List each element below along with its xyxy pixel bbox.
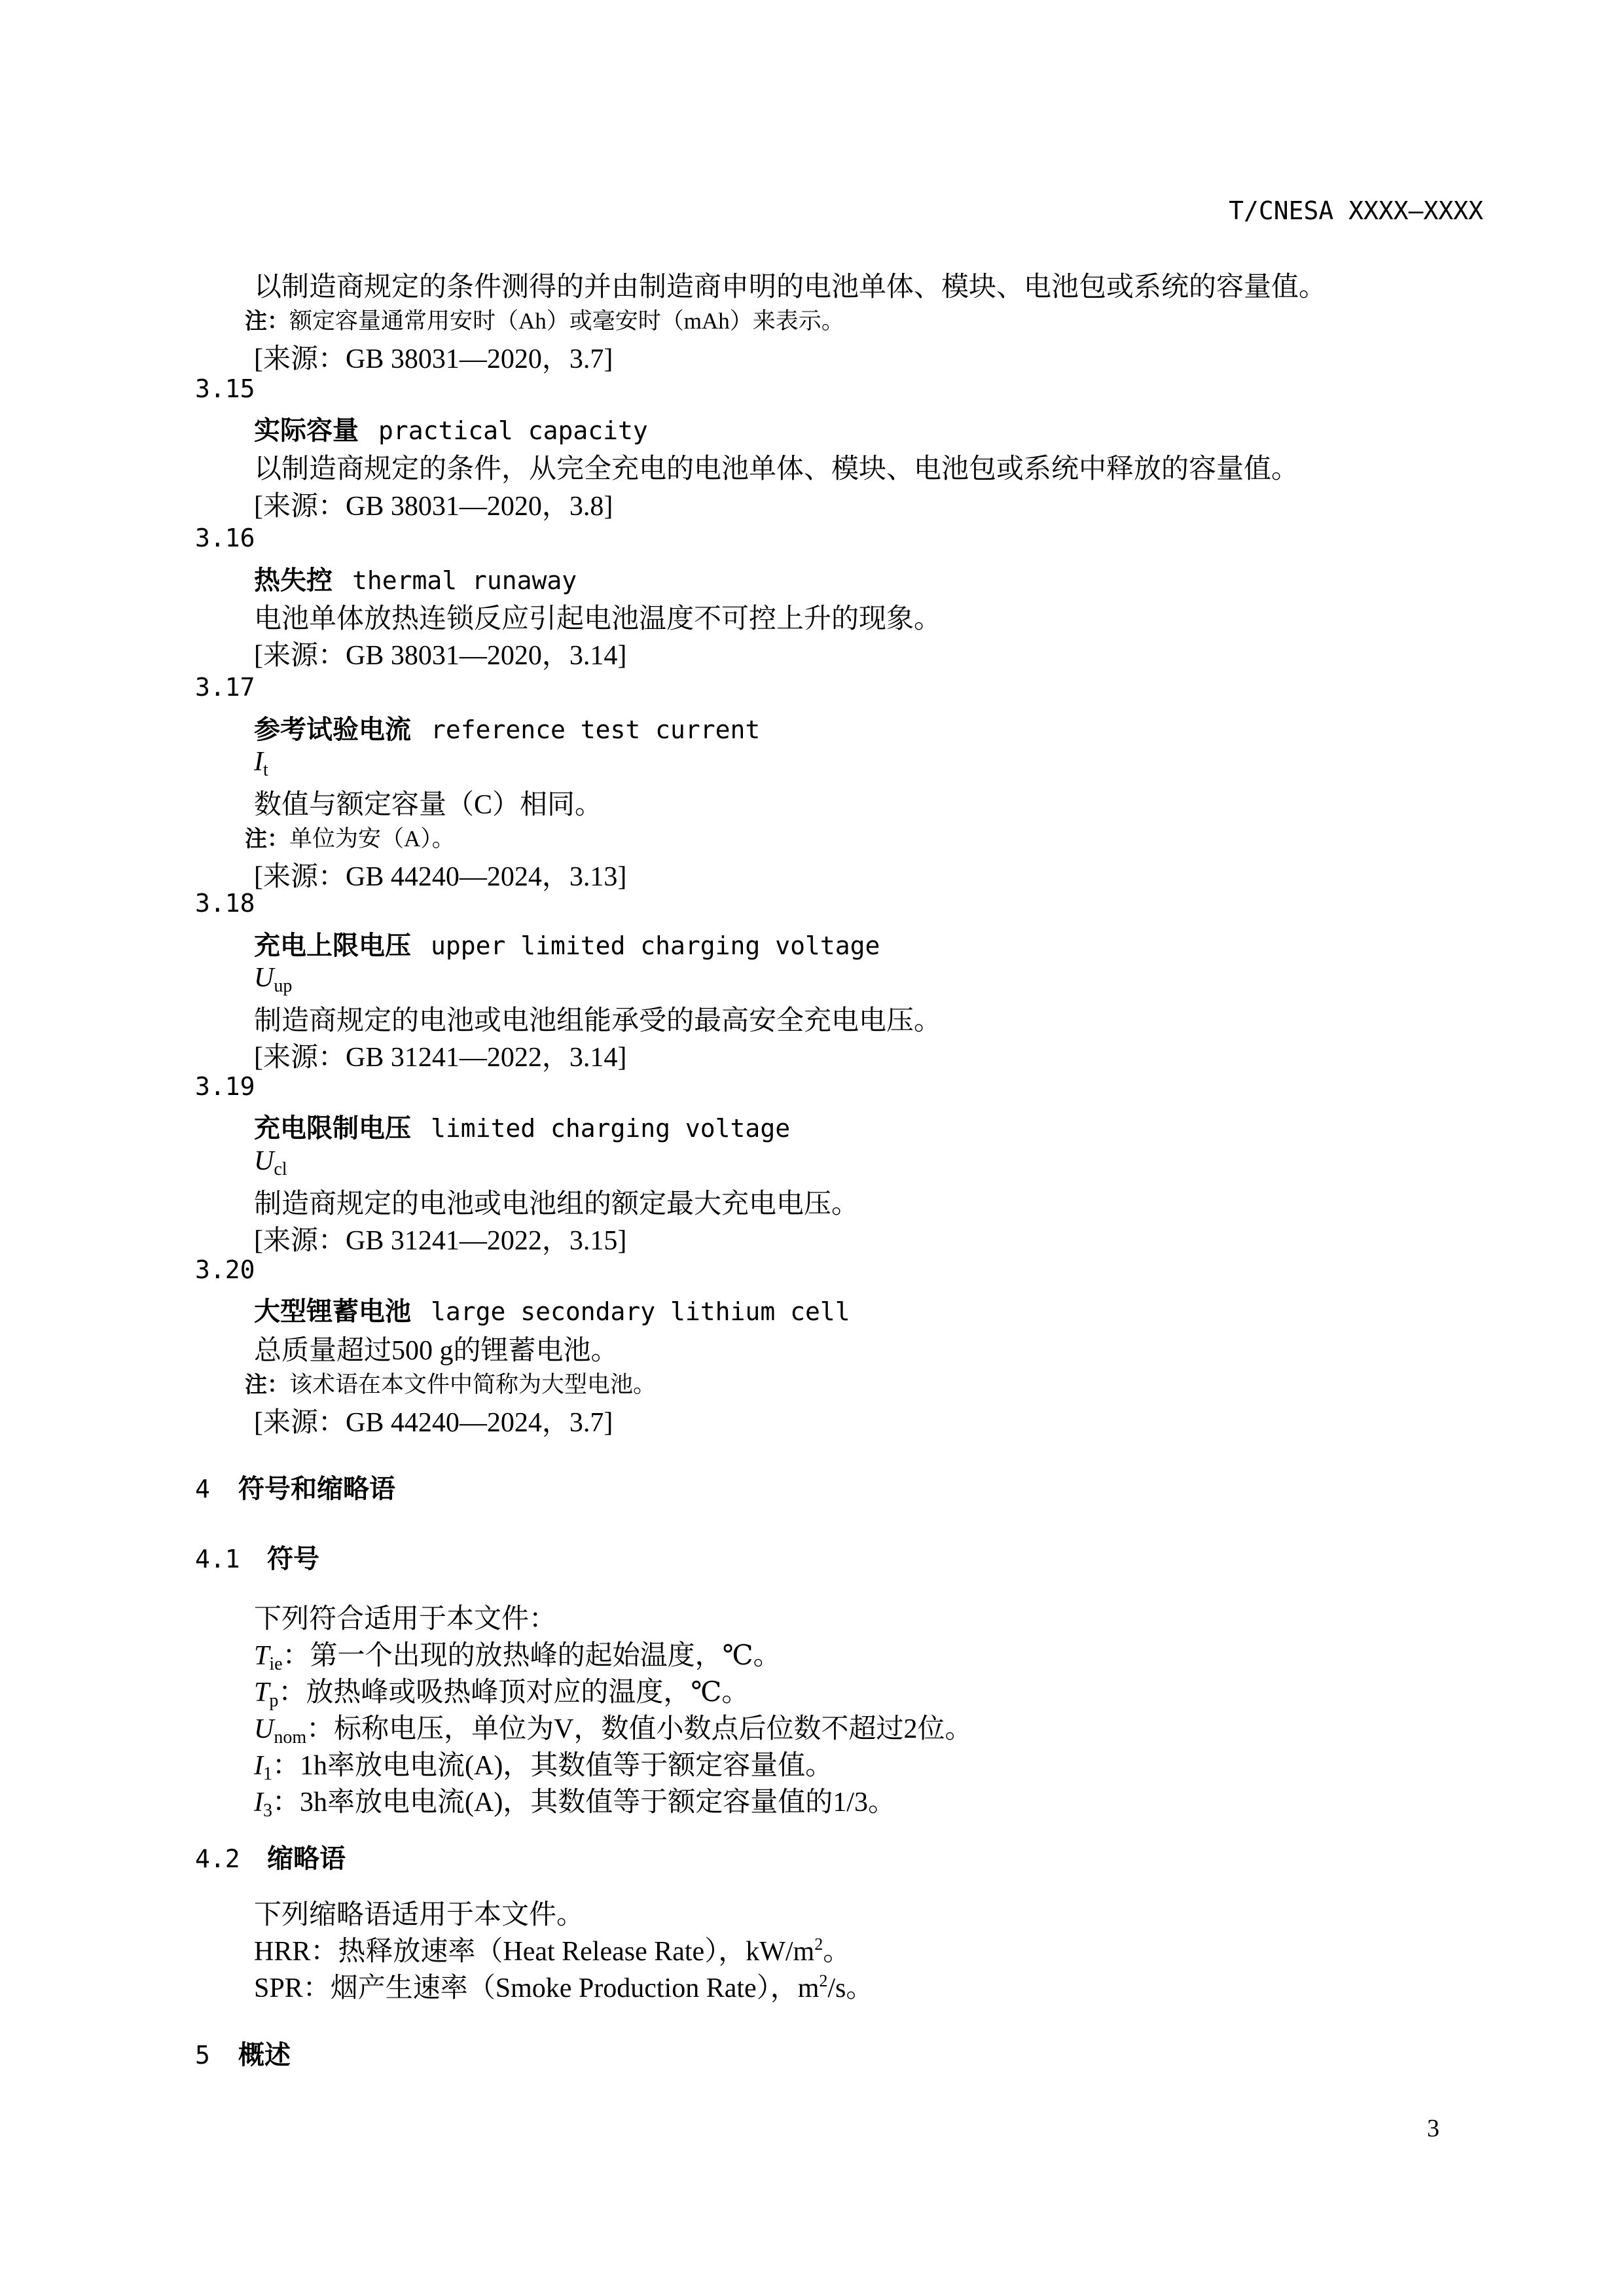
symbol-item: I1：1h率放电电流(A)，其数值等于额定容量值。 — [254, 1744, 833, 1785]
definition-text: 电池单体放热连锁反应引起电池温度不可控上升的现象。 — [254, 597, 941, 636]
document-id-header: T/CNESA XXXX—XXXX — [1229, 196, 1483, 225]
term-zh: 充电限制电压 — [254, 1113, 411, 1143]
source-citation: [来源：GB 38031—2020，3.8] — [254, 484, 613, 524]
subsection-title: 缩略语 — [267, 1844, 346, 1874]
symbol-letter: I — [254, 1751, 263, 1781]
document-page: T/CNESA XXXX—XXXX 以制造商规定的条件测得的并由制造商申明的电池… — [0, 0, 1624, 2296]
term-zh: 充电上限电压 — [254, 931, 411, 961]
symbol-item: Unom：标称电压，单位为V，数值小数点后位数不超过2位。 — [254, 1707, 972, 1748]
symbol-letter: I — [254, 1787, 263, 1818]
symbol-subscript: up — [274, 976, 292, 996]
subsection-number: 4.1 — [195, 1545, 267, 1573]
symbol-item: Tie：第一个出现的放热峰的起始温度，℃。 — [254, 1634, 781, 1675]
abbreviation-suffix: /s。 — [827, 1973, 873, 2003]
symbol-item: I3：3h率放电电流(A)，其数值等于额定容量值的1/3。 — [254, 1780, 895, 1821]
term-symbol: Ucl — [254, 1145, 287, 1180]
note-text: 单位为安（A）。 — [289, 826, 455, 852]
term-zh: 大型锂蓄电池 — [254, 1297, 411, 1327]
source-citation: [来源：GB 44240—2024，3.7] — [254, 1401, 613, 1440]
source-citation: [来源：GB 38031—2020，3.14] — [254, 634, 626, 673]
symbol-letter: T — [254, 1677, 269, 1708]
symbol-description: ：第一个出现的放热峰的起始温度，℃。 — [283, 1641, 781, 1671]
section-heading: 5概述 — [195, 2034, 291, 2072]
definition-text: 制造商规定的电池或电池组能承受的最高安全充电电压。 — [254, 999, 941, 1038]
definition-text: 以制造商规定的条件测得的并由制造商申明的电池单体、模块、电池包或系统的容量值。 — [254, 265, 1326, 304]
note: 注：该术语在本文件中简称为大型电池。 — [245, 1367, 656, 1399]
subsection-number: 4.2 — [195, 1844, 267, 1873]
list-intro: 下列符合适用于本文件： — [254, 1597, 556, 1636]
definition-text: 数值与额定容量（C）相同。 — [254, 783, 602, 822]
note-label: 注： — [245, 1372, 289, 1398]
page-number: 3 — [1427, 2114, 1439, 2143]
note-text: 额定容量通常用安时（Ah）或毫安时（mAh）来表示。 — [289, 308, 844, 334]
section-number: 4 — [195, 1475, 238, 1503]
definition-text: 总质量超过500 g的锂蓄电池。 — [254, 1329, 619, 1368]
term-title: 充电上限电压upper limited charging voltage — [254, 925, 880, 962]
term-number: 3.15 — [195, 374, 255, 403]
term-en: upper limited charging voltage — [431, 931, 880, 960]
symbol-description: ：放热峰或吸热峰顶对应的温度，℃。 — [278, 1677, 749, 1708]
term-en: limited charging voltage — [431, 1114, 790, 1143]
term-number: 3.20 — [195, 1255, 255, 1284]
source-citation: [来源：GB 38031—2020，3.7] — [254, 337, 613, 376]
subsection-heading: 4.2缩略语 — [195, 1838, 346, 1875]
term-title: 参考试验电流reference test current — [254, 709, 760, 746]
note-text: 该术语在本文件中简称为大型电池。 — [289, 1372, 656, 1397]
symbol-letter: I — [254, 747, 263, 777]
term-number: 3.17 — [195, 673, 255, 702]
term-title: 实际容量practical capacity — [254, 410, 648, 447]
term-title: 大型锂蓄电池large secondary lithium cell — [254, 1291, 850, 1328]
symbol-description: ：标称电压，单位为V，数值小数点后位数不超过2位。 — [306, 1714, 972, 1744]
superscript: 2 — [819, 1971, 827, 1990]
subsection-title: 符号 — [267, 1544, 319, 1574]
definition-text: 以制造商规定的条件，从完全充电的电池单体、模块、电池包或系统中释放的容量值。 — [254, 447, 1299, 486]
term-en: practical capacity — [378, 416, 648, 445]
abbreviation-suffix: 。 — [823, 1937, 850, 1967]
term-number: 3.19 — [195, 1072, 255, 1101]
symbol-letter: U — [254, 1714, 274, 1744]
symbol-subscript: cl — [274, 1159, 287, 1179]
note: 注：单位为安（A）。 — [245, 821, 455, 853]
term-en: thermal runaway — [352, 566, 577, 595]
definition-text: 制造商规定的电池或电池组的额定最大充电电压。 — [254, 1182, 859, 1221]
symbol-letter: U — [254, 963, 274, 993]
term-symbol: It — [254, 746, 268, 781]
abbreviation-item: HRR：热释放速率（Heat Release Rate），kW/m2。 — [254, 1929, 850, 1969]
symbol-subscript: t — [263, 760, 268, 780]
symbol-letter: U — [254, 1146, 274, 1176]
section-number: 5 — [195, 2041, 238, 2070]
term-zh: 实际容量 — [254, 416, 359, 446]
section-title: 符号和缩略语 — [238, 1474, 395, 1504]
source-citation: [来源：GB 31241—2022，3.15] — [254, 1219, 626, 1258]
list-intro: 下列缩略语适用于本文件。 — [254, 1893, 584, 1932]
term-number: 3.16 — [195, 524, 255, 552]
section-title: 概述 — [238, 2040, 291, 2070]
term-zh: 参考试验电流 — [254, 715, 411, 745]
term-en: large secondary lithium cell — [431, 1297, 850, 1326]
term-number: 3.18 — [195, 889, 255, 918]
source-citation: [来源：GB 31241—2022，3.14] — [254, 1035, 626, 1075]
term-en: reference test current — [431, 715, 760, 744]
term-title: 热失控thermal runaway — [254, 560, 577, 597]
symbol-item: Tp：放热峰或吸热峰顶对应的温度，℃。 — [254, 1670, 749, 1712]
term-zh: 热失控 — [254, 565, 333, 596]
term-symbol: Uup — [254, 962, 292, 997]
term-title: 充电限制电压limited charging voltage — [254, 1107, 790, 1145]
note-label: 注： — [245, 308, 289, 334]
abbreviation-text: HRR：热释放速率（Heat Release Rate），kW/m — [254, 1937, 814, 1967]
section-heading: 4符号和缩略语 — [195, 1468, 395, 1505]
superscript: 2 — [814, 1935, 823, 1954]
subsection-heading: 4.1符号 — [195, 1538, 319, 1575]
note: 注：额定容量通常用安时（Ah）或毫安时（mAh）来表示。 — [245, 303, 844, 336]
source-citation: [来源：GB 44240—2024，3.13] — [254, 855, 626, 894]
symbol-subscript: 3 — [263, 1801, 272, 1821]
abbreviation-text: SPR：烟产生速率（Smoke Production Rate），m — [254, 1973, 819, 2003]
symbol-description: ：3h率放电电流(A)，其数值等于额定容量值的1/3。 — [272, 1787, 895, 1818]
abbreviation-item: SPR：烟产生速率（Smoke Production Rate），m2/s。 — [254, 1966, 873, 2005]
symbol-letter: T — [254, 1641, 269, 1671]
symbol-description: ：1h率放电电流(A)，其数值等于额定容量值。 — [272, 1751, 833, 1781]
note-label: 注： — [245, 826, 289, 852]
